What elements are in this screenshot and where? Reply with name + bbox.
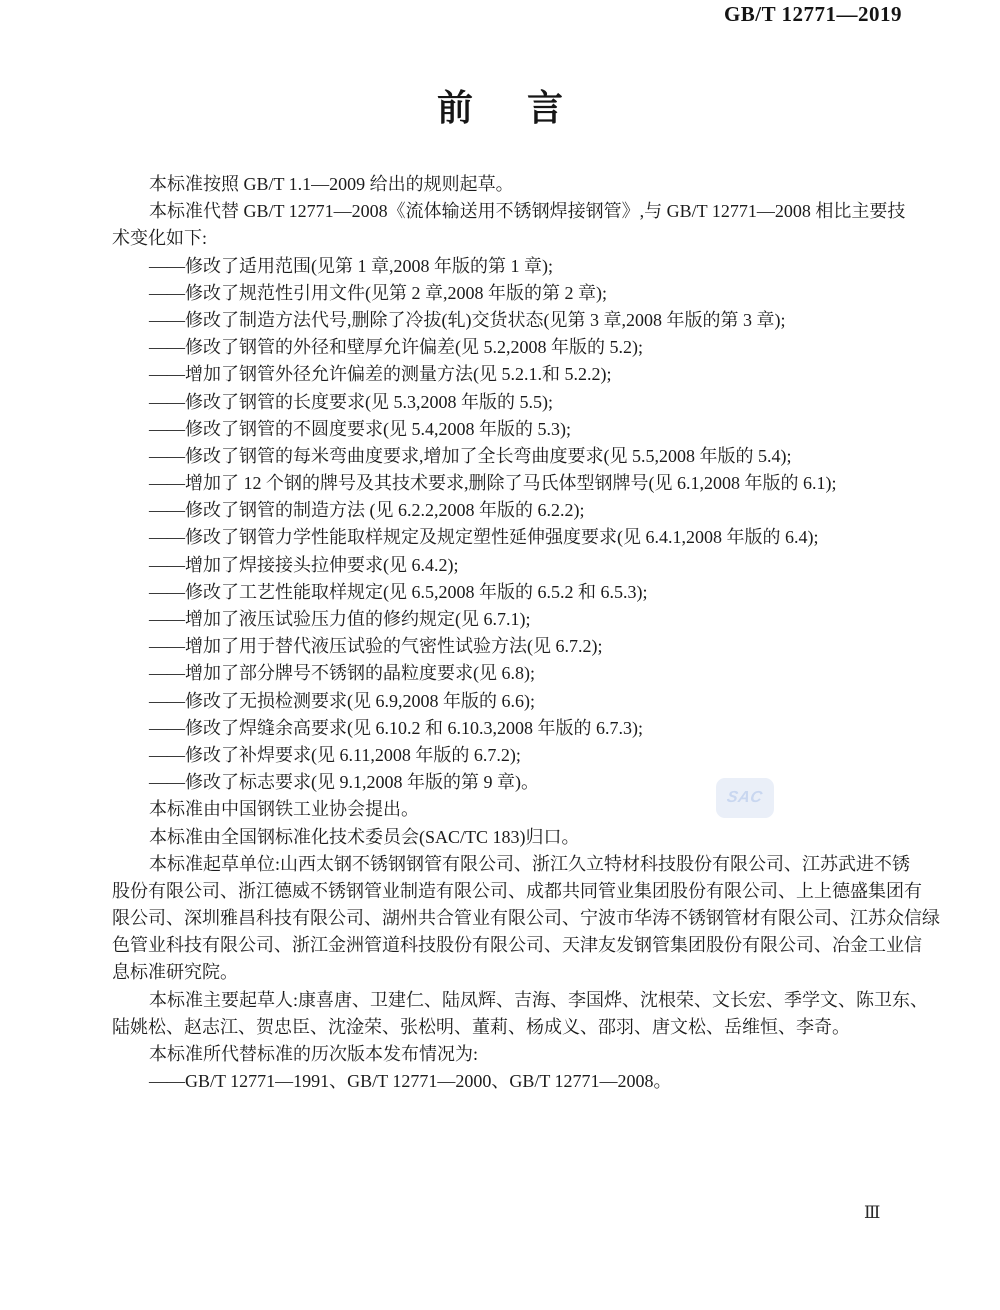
- page-number: Ⅲ: [864, 1203, 880, 1223]
- body-line: ——修改了钢管力学性能取样规定及规定塑性延伸强度要求(见 6.4.1,2008 …: [112, 524, 924, 551]
- body-line: ——修改了标志要求(见 9.1,2008 年版的第 9 章)。: [112, 769, 924, 796]
- body-line: 股份有限公司、浙江德威不锈钢管业制造有限公司、成都共同管业集团股份有限公司、上上…: [112, 878, 924, 905]
- body-line: ——修改了无损检测要求(见 6.9,2008 年版的 6.6);: [112, 688, 924, 715]
- body-line: 本标准由中国钢铁工业协会提出。: [112, 796, 924, 823]
- body-line: ——修改了补焊要求(见 6.11,2008 年版的 6.7.2);: [112, 742, 924, 769]
- body-line: ——增加了 12 个钢的牌号及其技术要求,删除了马氏体型钢牌号(见 6.1,20…: [112, 470, 924, 497]
- body-line: 限公司、深圳雅昌科技有限公司、湖州共合管业有限公司、宁波市华涛不锈钢管材有限公司…: [112, 905, 924, 932]
- body-line: ——增加了焊接接头拉伸要求(见 6.4.2);: [112, 552, 924, 579]
- standard-code-header: GB/T 12771—2019: [724, 2, 902, 27]
- body-line: ——修改了钢管的不圆度要求(见 5.4,2008 年版的 5.3);: [112, 416, 924, 443]
- body-line: ——修改了焊缝余高要求(见 6.10.2 和 6.10.3,2008 年版的 6…: [112, 715, 924, 742]
- body-line: ——修改了钢管的制造方法 (见 6.2.2,2008 年版的 6.2.2);: [112, 497, 924, 524]
- body-line: ——修改了制造方法代号,删除了冷拔(轧)交货状态(见第 3 章,2008 年版的…: [112, 307, 924, 334]
- body-line: 本标准由全国钢标准化技术委员会(SAC/TC 183)归口。: [112, 824, 924, 851]
- body-line: ——修改了适用范围(见第 1 章,2008 年版的第 1 章);: [112, 253, 924, 280]
- body-line: ——修改了钢管的长度要求(见 5.3,2008 年版的 5.5);: [112, 389, 924, 416]
- body-line: ——增加了部分牌号不锈钢的晶粒度要求(见 6.8);: [112, 660, 924, 687]
- body-line: 本标准按照 GB/T 1.1—2009 给出的规则起草。: [112, 171, 924, 198]
- body-line: 本标准主要起草人:康喜唐、卫建仁、陆凤辉、吉海、李国烨、沈根荣、文长宏、季学文、…: [112, 987, 924, 1014]
- body-line: 术变化如下:: [112, 225, 924, 252]
- document-page: GB/T 12771—2019 前言 本标准按照 GB/T 1.1—2009 给…: [0, 0, 1000, 1310]
- body-line: ——修改了工艺性能取样规定(见 6.5,2008 年版的 6.5.2 和 6.5…: [112, 579, 924, 606]
- page-title: 前言: [0, 80, 1000, 131]
- body-line: ——GB/T 12771—1991、GB/T 12771—2000、GB/T 1…: [112, 1068, 924, 1095]
- body-line: 息标准研究院。: [112, 959, 924, 986]
- body-line: 本标准代替 GB/T 12771—2008《流体输送用不锈钢焊接钢管》,与 GB…: [112, 198, 924, 225]
- body-line: 色管业科技有限公司、浙江金洲管道科技股份有限公司、天津友发钢管集团股份有限公司、…: [112, 932, 924, 959]
- body-line: ——修改了钢管的每米弯曲度要求,增加了全长弯曲度要求(见 5.5,2008 年版…: [112, 443, 924, 470]
- body-text: 本标准按照 GB/T 1.1—2009 给出的规则起草。本标准代替 GB/T 1…: [112, 171, 924, 1095]
- body-line: ——增加了液压试验压力值的修约规定(见 6.7.1);: [112, 606, 924, 633]
- body-line: ——增加了用于替代液压试验的气密性试验方法(见 6.7.2);: [112, 633, 924, 660]
- body-line: ——增加了钢管外径允许偏差的测量方法(见 5.2.1.和 5.2.2);: [112, 361, 924, 388]
- body-line: ——修改了规范性引用文件(见第 2 章,2008 年版的第 2 章);: [112, 280, 924, 307]
- body-line: 陆姚松、赵志江、贺忠臣、沈淦荣、张松明、董莉、杨成义、邵羽、唐文松、岳维恒、李奇…: [112, 1014, 924, 1041]
- body-line: ——修改了钢管的外径和壁厚允许偏差(见 5.2,2008 年版的 5.2);: [112, 334, 924, 361]
- body-line: 本标准所代替标准的历次版本发布情况为:: [112, 1041, 924, 1068]
- body-line: 本标准起草单位:山西太钢不锈钢钢管有限公司、浙江久立特材科技股份有限公司、江苏武…: [112, 851, 924, 878]
